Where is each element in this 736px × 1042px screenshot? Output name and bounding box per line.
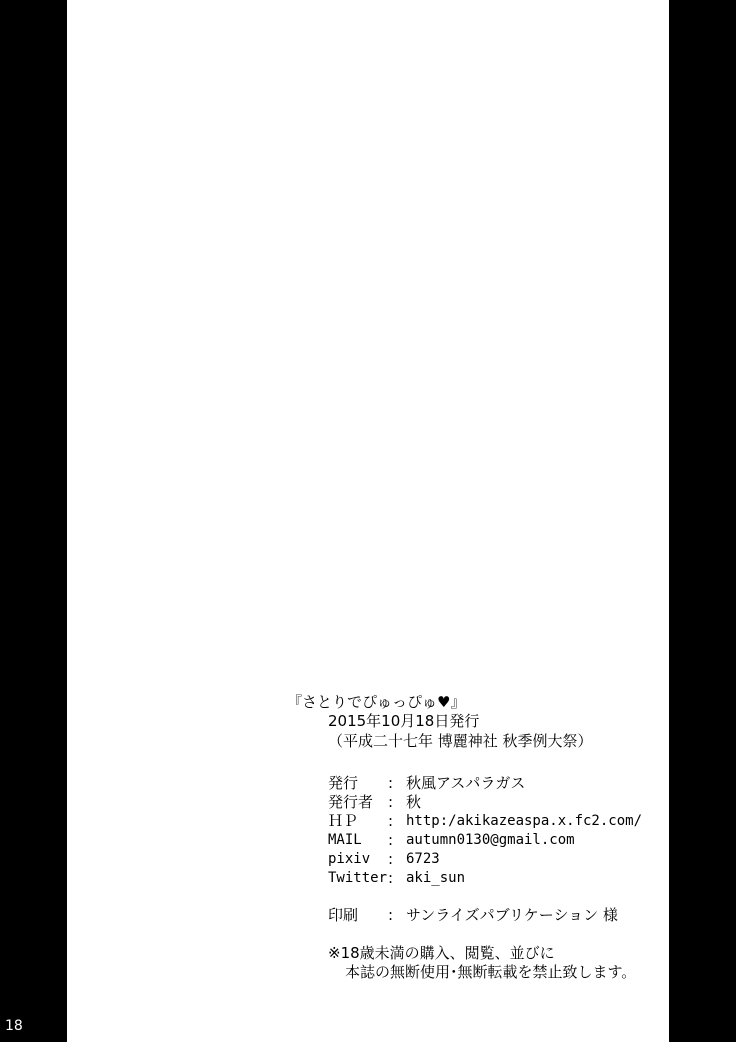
publish-date: 2015年10月18日発行 [328,712,479,730]
event-name: （平成二十七年 博麗神社 秋季例大祭） [328,732,593,750]
pixiv-label: pixiv [328,850,370,868]
homepage-link[interactable]: http:/akikazeaspa.x.fc2.com/ [406,812,642,830]
mail-label: MAIL [328,831,362,849]
twitter-label: Twitter [328,869,387,887]
printer-value: サンライズパブリケーション 様 [406,906,618,924]
author-label: 発行者 [328,793,373,811]
age-notice-line-2: 本誌の無断使用･無断転載を禁止致します。 [345,963,636,981]
colon: : [388,850,393,868]
twitter-value: aki_sun [406,869,465,887]
colon: : [388,869,393,887]
printer-label: 印刷 [328,906,358,924]
author-value: 秋 [406,793,421,811]
colon: : [388,774,393,792]
homepage-label: ＨＰ [328,812,358,830]
pixiv-value: 6723 [406,850,440,868]
colon: : [388,812,393,830]
age-notice-line-1: ※18歳未満の購入、閲覧、並びに [328,944,555,962]
colon: : [388,793,393,811]
colon: : [388,906,393,924]
colon: : [388,831,393,849]
book-title: 『さとりでぴゅっぴゅ♥』 [287,693,465,711]
publisher-value: 秋風アスパラガス [406,774,525,792]
publisher-label: 発行 [328,774,358,792]
page-number: 18 [5,1018,23,1034]
mail-value: autumn0130@gmail.com [406,831,575,849]
